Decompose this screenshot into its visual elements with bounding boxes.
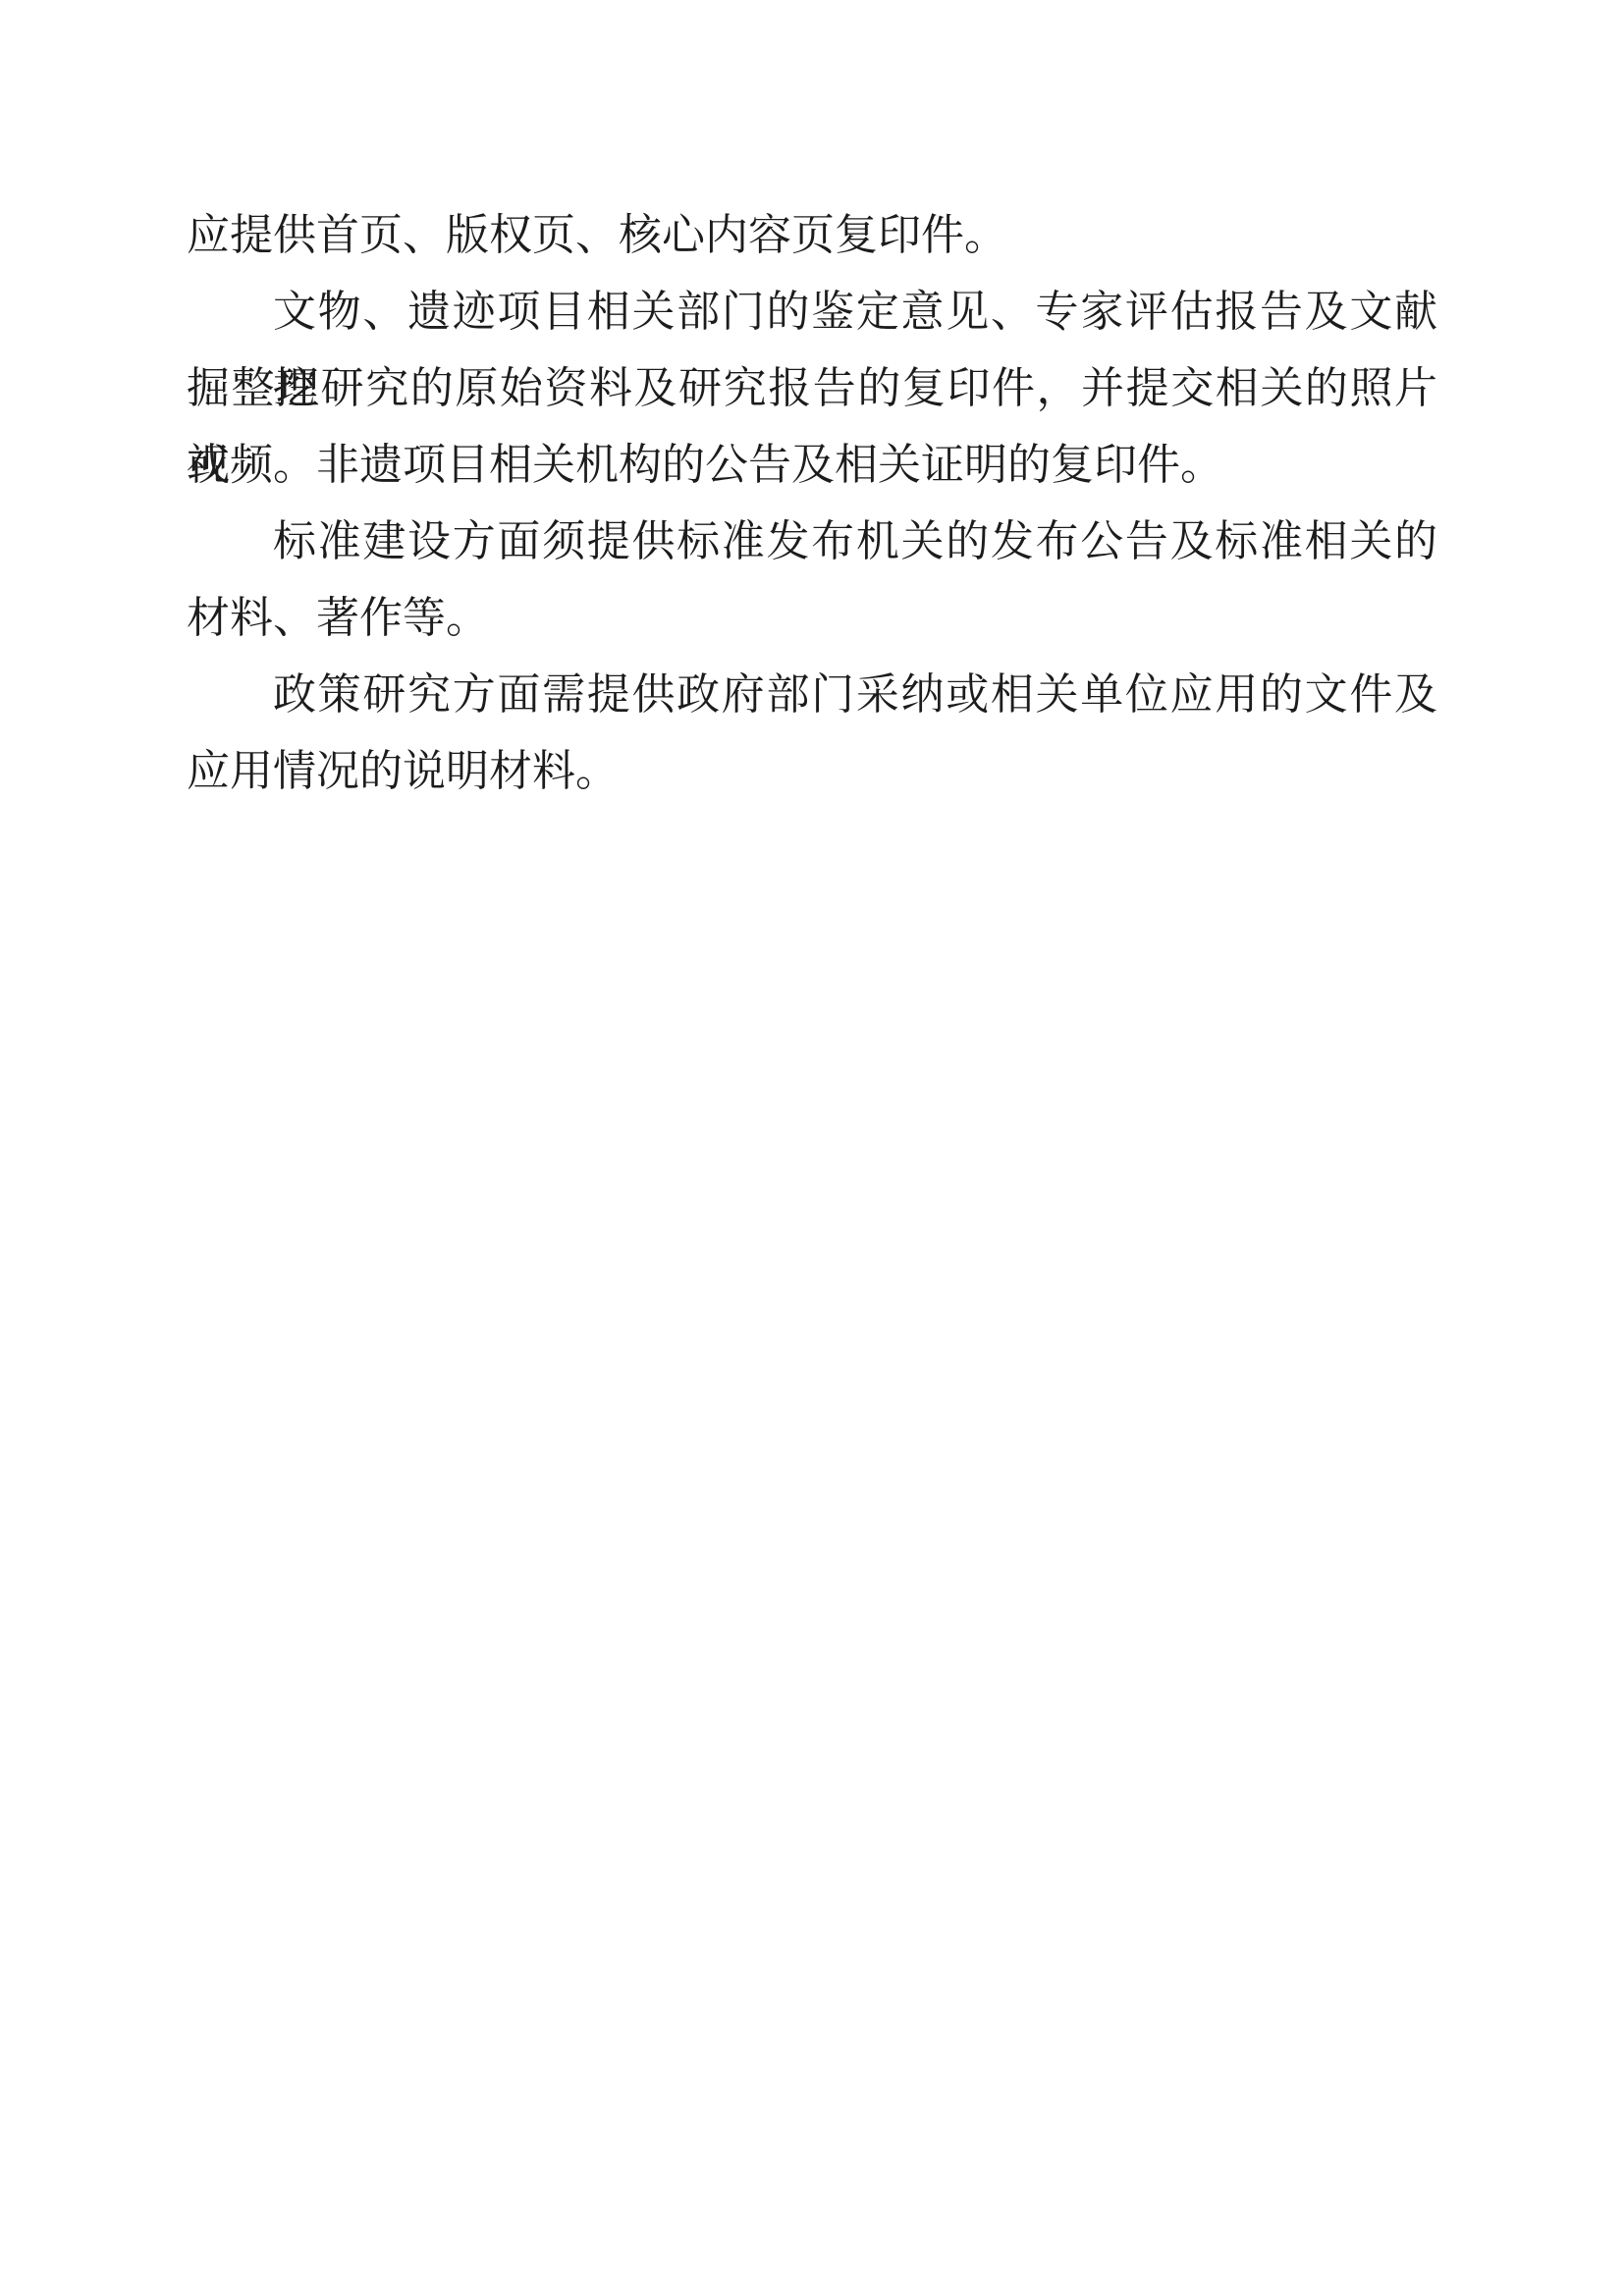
text-line: 应提供首页、版权页、核心内容页复印件。 — [187, 197, 1437, 274]
text-line: 视频。非遗项目相关机构的公告及相关证明的复印件。 — [187, 427, 1437, 504]
text-line: 政策研究方面需提供政府部门采纳或相关单位应用的文件及 — [187, 657, 1437, 733]
text-line: 文物、遗迹项目相关部门的鉴定意见、专家评估报告及文献挖 — [187, 274, 1437, 350]
text-line: 标准建设方面须提供标准发布机关的发布公告及标准相关的 — [187, 504, 1437, 580]
text-line: 应用情况的说明材料。 — [187, 733, 1437, 810]
document-text-block: 应提供首页、版权页、核心内容页复印件。 文物、遗迹项目相关部门的鉴定意见、专家评… — [187, 197, 1437, 810]
document-page: 应提供首页、版权页、核心内容页复印件。 文物、遗迹项目相关部门的鉴定意见、专家评… — [0, 0, 1624, 2296]
text-line: 材料、著作等。 — [187, 580, 1437, 657]
text-line: 掘整理研究的原始资料及研究报告的复印件，并提交相关的照片或 — [187, 350, 1437, 427]
